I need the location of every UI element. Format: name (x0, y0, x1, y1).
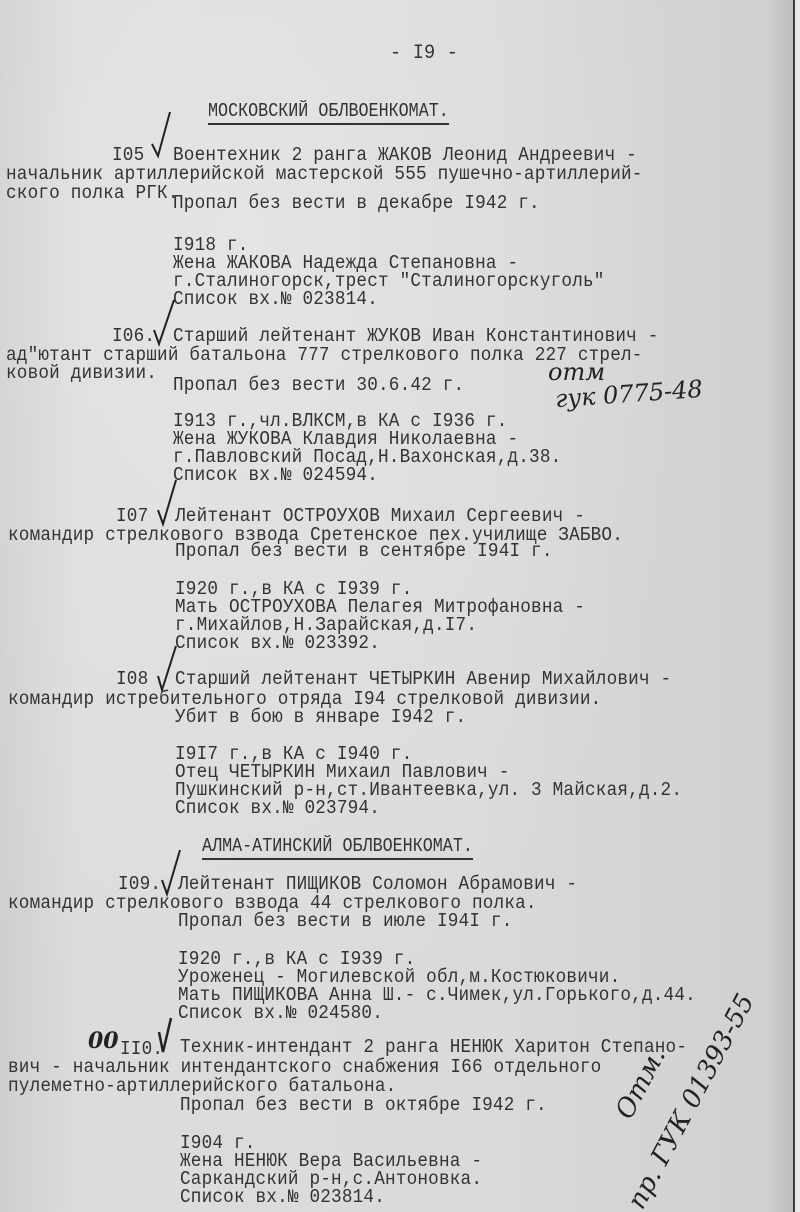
entry-line: ского полка РГК. (6, 182, 179, 204)
section-heading-moscow: МОСКОВСКИЙ ОБЛВОЕНКОМАТ. (208, 100, 449, 125)
checkmark-icon (160, 850, 180, 896)
entry-detail: Список вх.№ 023794. (175, 797, 380, 819)
entry-line: Старший лейтенант ЧЕТЫРКИН Авенир Михайл… (175, 668, 671, 690)
page-margin (795, 0, 800, 1212)
entry-line: ковой дивизии. (6, 362, 157, 384)
checkmark-icon (152, 300, 172, 346)
entry-status: Пропал без вести в июле I94I г. (178, 910, 512, 932)
checkmark-icon (156, 480, 176, 526)
entry-status: Пропал без вести 30.6.42 г. (173, 374, 464, 396)
entry-detail: Список вх.№ 023814. (173, 288, 378, 310)
checkmark-icon (156, 646, 176, 692)
entry-status: Пропал без вести в декабре I942 г. (173, 192, 540, 214)
handwritten-mark: 00 (88, 1028, 119, 1054)
entry-detail: Список вх.№ 024580. (178, 1002, 383, 1024)
checkmark-icon (158, 1018, 172, 1054)
entry-number: I08 (116, 668, 148, 690)
page-number: - I9 - (390, 42, 458, 65)
entry-line: Техник-интендант 2 ранга НЕНЮК Харитон С… (180, 1036, 687, 1058)
checkmark-icon (150, 112, 170, 158)
page-edge (793, 0, 795, 1212)
entry-status: Пропал без вести в октябре I942 г. (180, 1094, 547, 1116)
entry-status: Убит в бою в январе I942 г. (175, 706, 466, 728)
document-page: - I9 - МОСКОВСКИЙ ОБЛВОЕНКОМАТ. I05 Воен… (0, 0, 800, 1212)
entry-detail: Список вх.№ 023392. (175, 632, 380, 654)
entry-status: Пропал без вести в сентябре I94I г. (175, 540, 553, 562)
entry-detail: Список вх.№ 023814. (180, 1186, 385, 1208)
entry-detail: Список вх.№ 024594. (173, 464, 378, 486)
section-heading-alma-ata: АЛМА-АТИНСКИЙ ОБЛВОЕНКОМАТ. (202, 835, 473, 860)
